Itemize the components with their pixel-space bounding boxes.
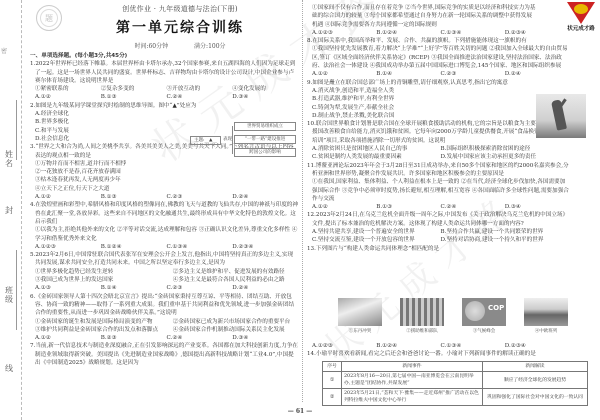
option-a[interactable]: A.①②③ (312, 29, 376, 37)
question-13: 13.下列图片与“构建人类命运共同体理念”相匹配的是 (307, 245, 569, 253)
news-event: 2023年8月16—20日,第七届中国—南亚博览会在云南昆明举办,主题是“团结协… (342, 372, 483, 389)
option-c[interactable]: C.铸剑为犁,发展生产,奉献全社会 (307, 104, 509, 112)
question-stem: 5.2023年2月6日,中国常驻联合国代表张军在安理会公开会上发言,他指出,中国… (30, 251, 298, 268)
option-a[interactable]: A.坚持共建共享,建设一个普遍安全的世界 (312, 228, 441, 236)
binding-strip: 密 姓名 封 班级 线 (0, 0, 30, 420)
option-d[interactable]: D.②③④ (505, 29, 569, 37)
option-d[interactable]: D.②④ (232, 193, 298, 201)
column-header: 新闻事件 (342, 362, 483, 372)
question-stem: 10.联合国世界粮食计划署是联合国在全球开展粮食援助活动的机构,它的宗旨是以粮食… (307, 120, 569, 145)
question-14-stem: 14.小瑜平时喜欢看新闻,看完之后还会和爸爸讨论一番。小瑜对下列新闻事件的解读正… (307, 350, 569, 358)
option-b[interactable]: B.①③ (376, 203, 440, 211)
statement-list: ①在我国,国家利益、集体利益、个人利益在根本上是一致的 ②在当代,经济全球化步伐… (307, 178, 569, 203)
option-d[interactable]: D.②④ (505, 70, 569, 78)
exam-page: 状元成才路 状元成才路 密 姓名 封 班级 线 题 创优作业 · 九年级道德与法… (0, 0, 600, 420)
option-b[interactable]: B.①④ (101, 284, 167, 292)
row-number: ② (323, 389, 342, 406)
sculpture-image (536, 94, 586, 138)
option-c[interactable]: C.②③ (167, 284, 233, 292)
statement: ④金砖国家合作机制推动国际关系民主化发展 (173, 326, 298, 334)
photo-conflict (338, 298, 382, 326)
stamp-icon: 题 (36, 5, 62, 31)
photo-peacekeepers (400, 298, 444, 326)
option-a[interactable]: A.①② (35, 193, 101, 201)
section-title: 一、单项选择题。(每小题3分,共45分) (30, 52, 298, 60)
column-header: 序号 (323, 362, 342, 372)
mind-map-diagram: 主题:__▲__ 表现 世界贸易组织成立 “一带一路”建设推进 跨国公司的影响 (190, 122, 298, 158)
answer-options: A.①② B.①③ C.②④ D.③④ (307, 203, 569, 211)
answer-options: A.①② B.①④ C.②③ D.②④ (307, 70, 569, 78)
right-column: ①国家间不仅有合作,而且存在着竞争 ②当今世界,国际竞争的实质是以经济和科技实力… (307, 4, 569, 253)
page-number: — 61 — (0, 408, 600, 415)
brand-logo: 状元成才路 (564, 2, 598, 34)
class-label: 班级 (3, 286, 15, 304)
option-b[interactable]: B.①③ (101, 193, 167, 201)
option-c[interactable]: C.②③ (441, 70, 505, 78)
option-a[interactable]: A.消灭战争,创造和平,造福全人类 (307, 87, 509, 95)
question-stem: 11.博鳌亚洲论坛2023年年会于3月28日至31日成功举办,来自50多个国家和… (307, 162, 569, 179)
divider (16, 100, 17, 160)
page-header: 创优作业 · 九年级道德与法治(下册) 第一单元综合训练 时间:60分钟 满分:… (60, 4, 300, 50)
question-7-continued: ①国家间不仅有合作,而且存在着竞争 ②当今世界,国际竞争的实质是以经济和科技实力… (307, 4, 569, 37)
option-c[interactable]: C.贫困是制约人类发展的最重要因素 (312, 153, 441, 161)
question-stem: 1.2022年世界杯已经落下帷幕。本届世界杯由卡塔尔承办,32个国家参赛,来自五… (30, 60, 298, 85)
full-score: 满分:100分 (194, 43, 225, 50)
name-label: 姓名 (3, 150, 15, 168)
statement: ③开放互动的 (167, 85, 233, 93)
option-c[interactable]: C.坚持交流互鉴,建设一个开放包容的世界 (312, 236, 441, 244)
answer-options: A.坚持共建共享,建设一个普遍安全的世界 B.坚持合作共赢,建设一个共同繁荣的世… (307, 228, 569, 245)
option-b[interactable]: B.国际组织积极探索消除贫困的途径 (441, 145, 570, 153)
option-b[interactable]: B.①④ (376, 70, 440, 78)
question-stem: 2.如图是九年级某同学课堂探究时绘制的思维导图。图中“▲”处应为 (30, 102, 298, 110)
series-title: 创优作业 · 九年级道德与法治(下册) (60, 4, 300, 14)
question-stem: 8.在国际关系中,我国高举和平、发展、合作、共赢的旗帜。下列措施能体现这一旗帜的… (307, 37, 569, 45)
option-c[interactable]: C.②④ (441, 203, 505, 211)
globe-icon (465, 301, 485, 321)
statement-list: ①我国坚持优先发展教育,着力解决“上学难”“上好学”等百姓关切的问题 ②我国加入… (307, 45, 569, 70)
logo-badge-icon (574, 4, 588, 14)
diagram-connector-label: 表现 (223, 136, 232, 143)
photo-china-europe-train (524, 298, 568, 326)
photo-caption: ③气候峰会 (459, 328, 509, 334)
option-b[interactable]: B.①②④ (376, 342, 440, 350)
photo-row: ①东丹冲突 ②援助维和部队 COP ③气候峰会 ④中欧班列 (338, 298, 588, 338)
answer-options: A.①② B.①③ C.②④ D.③④ (30, 93, 298, 101)
question-9: 9.如图是矗立在联合国总部广场上的青铜雕塑,请仔细观察,认真思考,指出它的寓意 … (307, 79, 569, 120)
answer-options: A.①② B.②③ C.②④ D.③④ (30, 334, 298, 342)
option-a[interactable]: A.①③ (35, 284, 101, 292)
option-d[interactable]: D.③④ (232, 334, 298, 342)
answer-options: A.①②③ B.①②④ C.①③④ D.②③④ (30, 243, 298, 251)
answer-options: A.①③ B.①④ C.②③ D.②④ (30, 284, 298, 292)
statement: ③我国已成为世界上的发达国家 (35, 276, 173, 284)
answer-options: A.消除贫困只是贫困地区人民自己的事 B.国际组织积极探索消除贫困的途径 C.贫… (307, 145, 569, 162)
photo-caption: ②援助维和部队 (397, 328, 447, 334)
option-a[interactable]: A.①② (35, 334, 101, 342)
table-row: ① 2023年8月16—20日,第七届中国—南亚博览会在云南昆明举办,主题是“团… (323, 372, 588, 389)
left-column: 一、单项选择题。(每小题3分,共45分) 1.2022年世界杯已经落下帷幕。本届… (30, 52, 298, 367)
option-a[interactable]: A.①② (35, 93, 101, 101)
option-c[interactable]: C.②③ (167, 193, 233, 201)
statement: ①万物并育而不相害,道并行而不相悖 (30, 160, 298, 168)
statement: ③枯木逢春犹再发,人无两度再少年 (30, 176, 298, 184)
option-d[interactable]: D.发展中国家应该主动承担更多的责任 (441, 153, 570, 161)
row-number: ① (323, 372, 342, 389)
answer-options: A.①②③ B.①②④ C.①③④ D.②③④ (307, 29, 569, 37)
photo-caption: ④中欧班列 (521, 328, 571, 334)
option-d[interactable]: D.③④ (232, 93, 298, 101)
statement: ④变化发展的 (232, 85, 298, 93)
statement-list: ①以我为主,拒绝其他外来的文化 ②平等对话交流,达成理解和包容 ③正确认识文化差… (30, 226, 298, 243)
question-11: 11.博鳌亚洲论坛2023年年会于3月28日至31日成功举办,来自50多个国家和… (307, 162, 569, 212)
statement: ①金砖国家的诞生和发展是国际格局演变的产物 (35, 318, 173, 326)
option-b[interactable]: B.②③ (101, 334, 167, 342)
diagram-box: “一带一路”建设推进 (234, 135, 296, 144)
news-interpretation: 顺应了经济全球化的发展趋势 (483, 372, 588, 389)
statement: ②多边主义是维护和平、促进发展的有效路径 (173, 268, 298, 276)
news-interpretation: 巩固和强化了国际社会对中国文化的一致认同 (483, 389, 588, 406)
table-header-row: 序号 新闻事件 新闻解读 (323, 362, 588, 372)
statement: ④多边主义是最符合各国人民利益的必由之路 (173, 276, 298, 284)
option-a[interactable]: A.消除贫困只是贫困地区人民自己的事 (312, 145, 441, 153)
statement-list: ①金砖国家的诞生和发展是国际格局演变的产物 ②金砖国家已成为新兴市场国家合作的重… (30, 318, 298, 335)
option-b[interactable]: B.①②④ (376, 29, 440, 37)
option-d[interactable]: D.②③④ (505, 342, 569, 350)
answer-options: A.①②③ B.①②④ C.①③④ D.②③④ (307, 342, 569, 350)
table-row: ② 2023年5月21日,“荟和天下·雅集——走近郑州”推广活动在以色列特拉维夫… (323, 389, 588, 406)
option-d[interactable]: D.②③④ (232, 243, 298, 251)
statement-list: ①紧密联系的 ②复杂多变的 ③开放互动的 ④变化发展的 (30, 85, 298, 93)
cop-logo: COP (488, 304, 504, 312)
option-a[interactable]: A.①②③ (312, 342, 376, 350)
logo-text: 状元成才路 (564, 24, 598, 32)
option-c[interactable]: C.②④ (167, 93, 233, 101)
stamp-text: 题 (45, 13, 53, 24)
seal-mark: 密 (1, 46, 7, 55)
statement: ④立天下之正位,行天下之大道 (30, 185, 298, 193)
time-limit: 时间:60分钟 (134, 43, 168, 50)
statement-list: ①世界多极化趋势已经发生逆转 ②多边主义是维护和平、促进发展的有效路径 ③我国已… (30, 268, 298, 285)
option-a[interactable]: A.①②③ (35, 243, 101, 251)
question-5: 5.2023年2月6日,中国常驻联合国代表张军在安理会公开会上发言,他指出,中国… (30, 251, 298, 292)
diagram-bracket (232, 126, 233, 154)
news-event: 2023年5月21日,“荟和天下·雅集——走近郑州”推广活动在以色列特拉维夫中国… (342, 389, 483, 406)
answer-options: A.①② B.①③ C.②③ D.②④ (30, 193, 298, 201)
question-stem: 4.在敦煌壁画和彩塑中,希腊风格和印度风格的塑像同在,佛教的飞天与道教的飞仙共存… (30, 201, 298, 226)
option-a[interactable]: A.经济全球化 (30, 110, 298, 118)
statement: ①世界多极化趋势已经发生逆转 (35, 268, 173, 276)
option-b[interactable]: B.①②④ (101, 243, 167, 251)
page-title: 第一单元综合训练 (60, 17, 300, 37)
option-d[interactable]: D.坚持对话协商,建设一个持久和平的世界 (441, 236, 570, 244)
line-label: 线 (3, 364, 15, 373)
option-b[interactable]: B.①③ (101, 93, 167, 101)
cut-line (21, 0, 22, 420)
diagram-theme-box: 主题:__▲__ (190, 136, 221, 145)
column-divider (302, 0, 303, 402)
option-c[interactable]: C.②④ (167, 334, 233, 342)
column-header: 新闻解读 (483, 362, 588, 372)
question-stem: 12.2023年2月24日,在乌克兰危机全面升级一周年之际,中国发布《关于政治解… (307, 211, 569, 228)
question-13-options: A.①②③ B.①②④ C.①③④ D.②③④ 14.小瑜平时喜欢看新闻,看完之… (307, 342, 569, 359)
option-b[interactable]: B.打造武器,维护和平,有利全世界 (307, 95, 509, 103)
news-table: 序号 新闻事件 新闻解读 ① 2023年8月16—20日,第七届中国—南亚博览会… (322, 361, 588, 406)
exam-meta: 时间:60分钟 满分:100分 (60, 41, 300, 50)
option-d[interactable]: D.②④ (232, 284, 298, 292)
diagram-box: 世界贸易组织成立 (234, 122, 296, 131)
option-a[interactable]: A.①② (312, 70, 376, 78)
option-d[interactable]: D.制止战争,禁止杀戮,美化联合国 (307, 112, 509, 120)
statement: ②一花独放不是春,百花齐放春满园 (30, 168, 298, 176)
question-stem: 13.下列图片与“构建人类命运共同体理念”相匹配的是 (307, 245, 569, 253)
diagram-box: 跨国公司的影响 (234, 148, 296, 157)
photo-caption: ①东丹冲突 (335, 328, 385, 334)
question-10: 10.联合国世界粮食计划署是联合国在全球开展粮食援助活动的机构,它的宗旨是以粮食… (307, 120, 569, 161)
divider (16, 250, 17, 330)
question-8: 8.在国际关系中,我国高举和平、发展、合作、共赢的旗帜。下列措施能体现这一旗帜的… (307, 37, 569, 78)
statement: ②复杂多变的 (101, 85, 167, 93)
option-c[interactable]: C.①③④ (441, 342, 505, 350)
option-c[interactable]: C.①③④ (167, 243, 233, 251)
statement: ③维护共同利益是金砖国家合作的出发点和落脚点 (35, 326, 173, 334)
question-1: 1.2022年世界杯已经落下帷幕。本届世界杯由卡塔尔承办,32个国家参赛,来自五… (30, 60, 298, 101)
question-4: 4.在敦煌壁画和彩塑中,希腊风格和印度风格的塑像同在,佛教的飞天与道教的飞仙共存… (30, 201, 298, 251)
option-a[interactable]: A.①② (312, 203, 376, 211)
question-stem: 6.《金砖国家领导人第十四次会晤北京宣言》提出:“金砖国家秉持互尊互谅、平等相待… (30, 293, 298, 318)
option-d[interactable]: D.③④ (505, 203, 569, 211)
option-c[interactable]: C.①③④ (441, 29, 505, 37)
question-12: 12.2023年2月24日,在乌克兰危机全面升级一周年之际,中国发布《关于政治解… (307, 211, 569, 244)
option-b[interactable]: B.坚持合作共赢,建设一个共同繁荣的世界 (441, 228, 570, 236)
question-6: 6.《金砖国家领导人第十四次会晤北京宣言》提出:“金砖国家秉持互尊互谅、平等相待… (30, 293, 298, 343)
statement: ①紧密联系的 (35, 85, 101, 93)
statement-list: ①国家间不仅有合作,而且存在着竞争 ②当今世界,国际竞争的实质是以经济和科技实力… (307, 4, 569, 29)
question-stem: 7.当前,新一代信息技术与制造业深度融合,正在引发影响深远的产业变革。各国都在加… (30, 342, 298, 367)
statement: ②金砖国家已成为新兴市场国家合作的重要平台 (173, 318, 298, 326)
photo-climate-summit: COP (462, 298, 506, 326)
question-stem: 9.如图是矗立在联合国总部广场上的青铜雕塑,请仔细观察,认真思考,指出它的寓意 (307, 79, 509, 87)
seal-label: 封 (3, 206, 15, 215)
question-7: 7.当前,新一代信息技术与制造业深度融合,正在引发影响深远的产业变革。各国都在加… (30, 342, 298, 367)
